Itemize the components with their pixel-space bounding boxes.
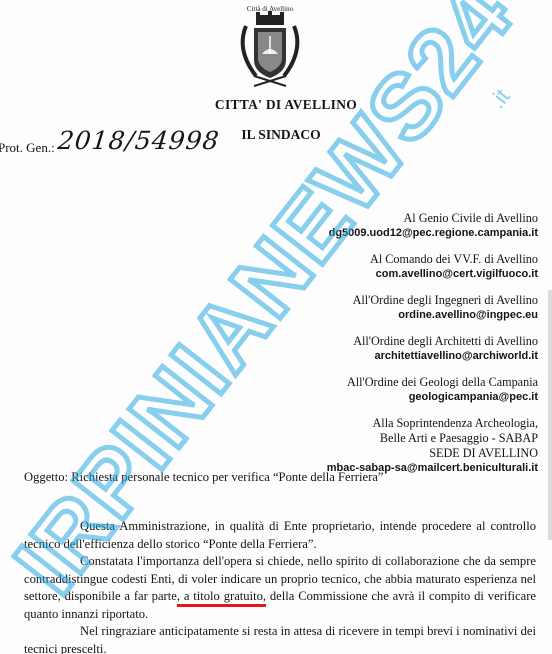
recipient-geologi: All'Ordine dei Geologi della Campania ge… (178, 375, 538, 405)
recipient-soprintendenza: Alla Soprintendenza Archeologia, Belle A… (178, 416, 538, 476)
city-name: CITTA' DI AVELLINO (0, 97, 552, 113)
paragraph-2: Constatata l'importanza dell'opera si ch… (24, 553, 536, 623)
paragraph-3: Nel ringraziare anticipatamente si resta… (24, 623, 536, 654)
recipient-email: geologicampania@pec.it (178, 390, 538, 405)
recipient-email: ordine.avellino@ingpec.eu (178, 308, 538, 323)
scrollbar[interactable] (548, 290, 552, 540)
recipient-vigili-fuoco: Al Comando dei VV.F. di Avellino com.ave… (178, 252, 538, 282)
recipient-genio-civile: Al Genio Civile di Avellino dg5009.uod12… (178, 211, 538, 241)
recipient-ingegneri: All'Ordine degli Ingegneri di Avellino o… (178, 293, 538, 323)
recipient-architetti: All'Ordine degli Architetti di Avellino … (178, 334, 538, 364)
recipient-email: architettiavellino@archiworld.it (178, 349, 538, 364)
recipient-email: dg5009.uod12@pec.regione.campania.it (178, 226, 538, 241)
letter-body: Questa Amministrazione, in qualità di En… (24, 518, 536, 654)
highlighted-phrase: , a titolo gratuito, (177, 589, 266, 607)
protocol-label: Prot. Gen.: (0, 140, 55, 156)
protocol-number: 2018/54998 (56, 126, 221, 155)
city-crest-icon: Città di Avellino (232, 2, 308, 88)
recipients-block: Al Genio Civile di Avellino dg5009.uod12… (178, 211, 538, 487)
recipient-email: com.avellino@cert.vigilfuoco.it (178, 267, 538, 282)
paragraph-1: Questa Amministrazione, in qualità di En… (24, 518, 536, 553)
subject-line: Oggetto: Richiesta personale tecnico per… (24, 470, 383, 485)
